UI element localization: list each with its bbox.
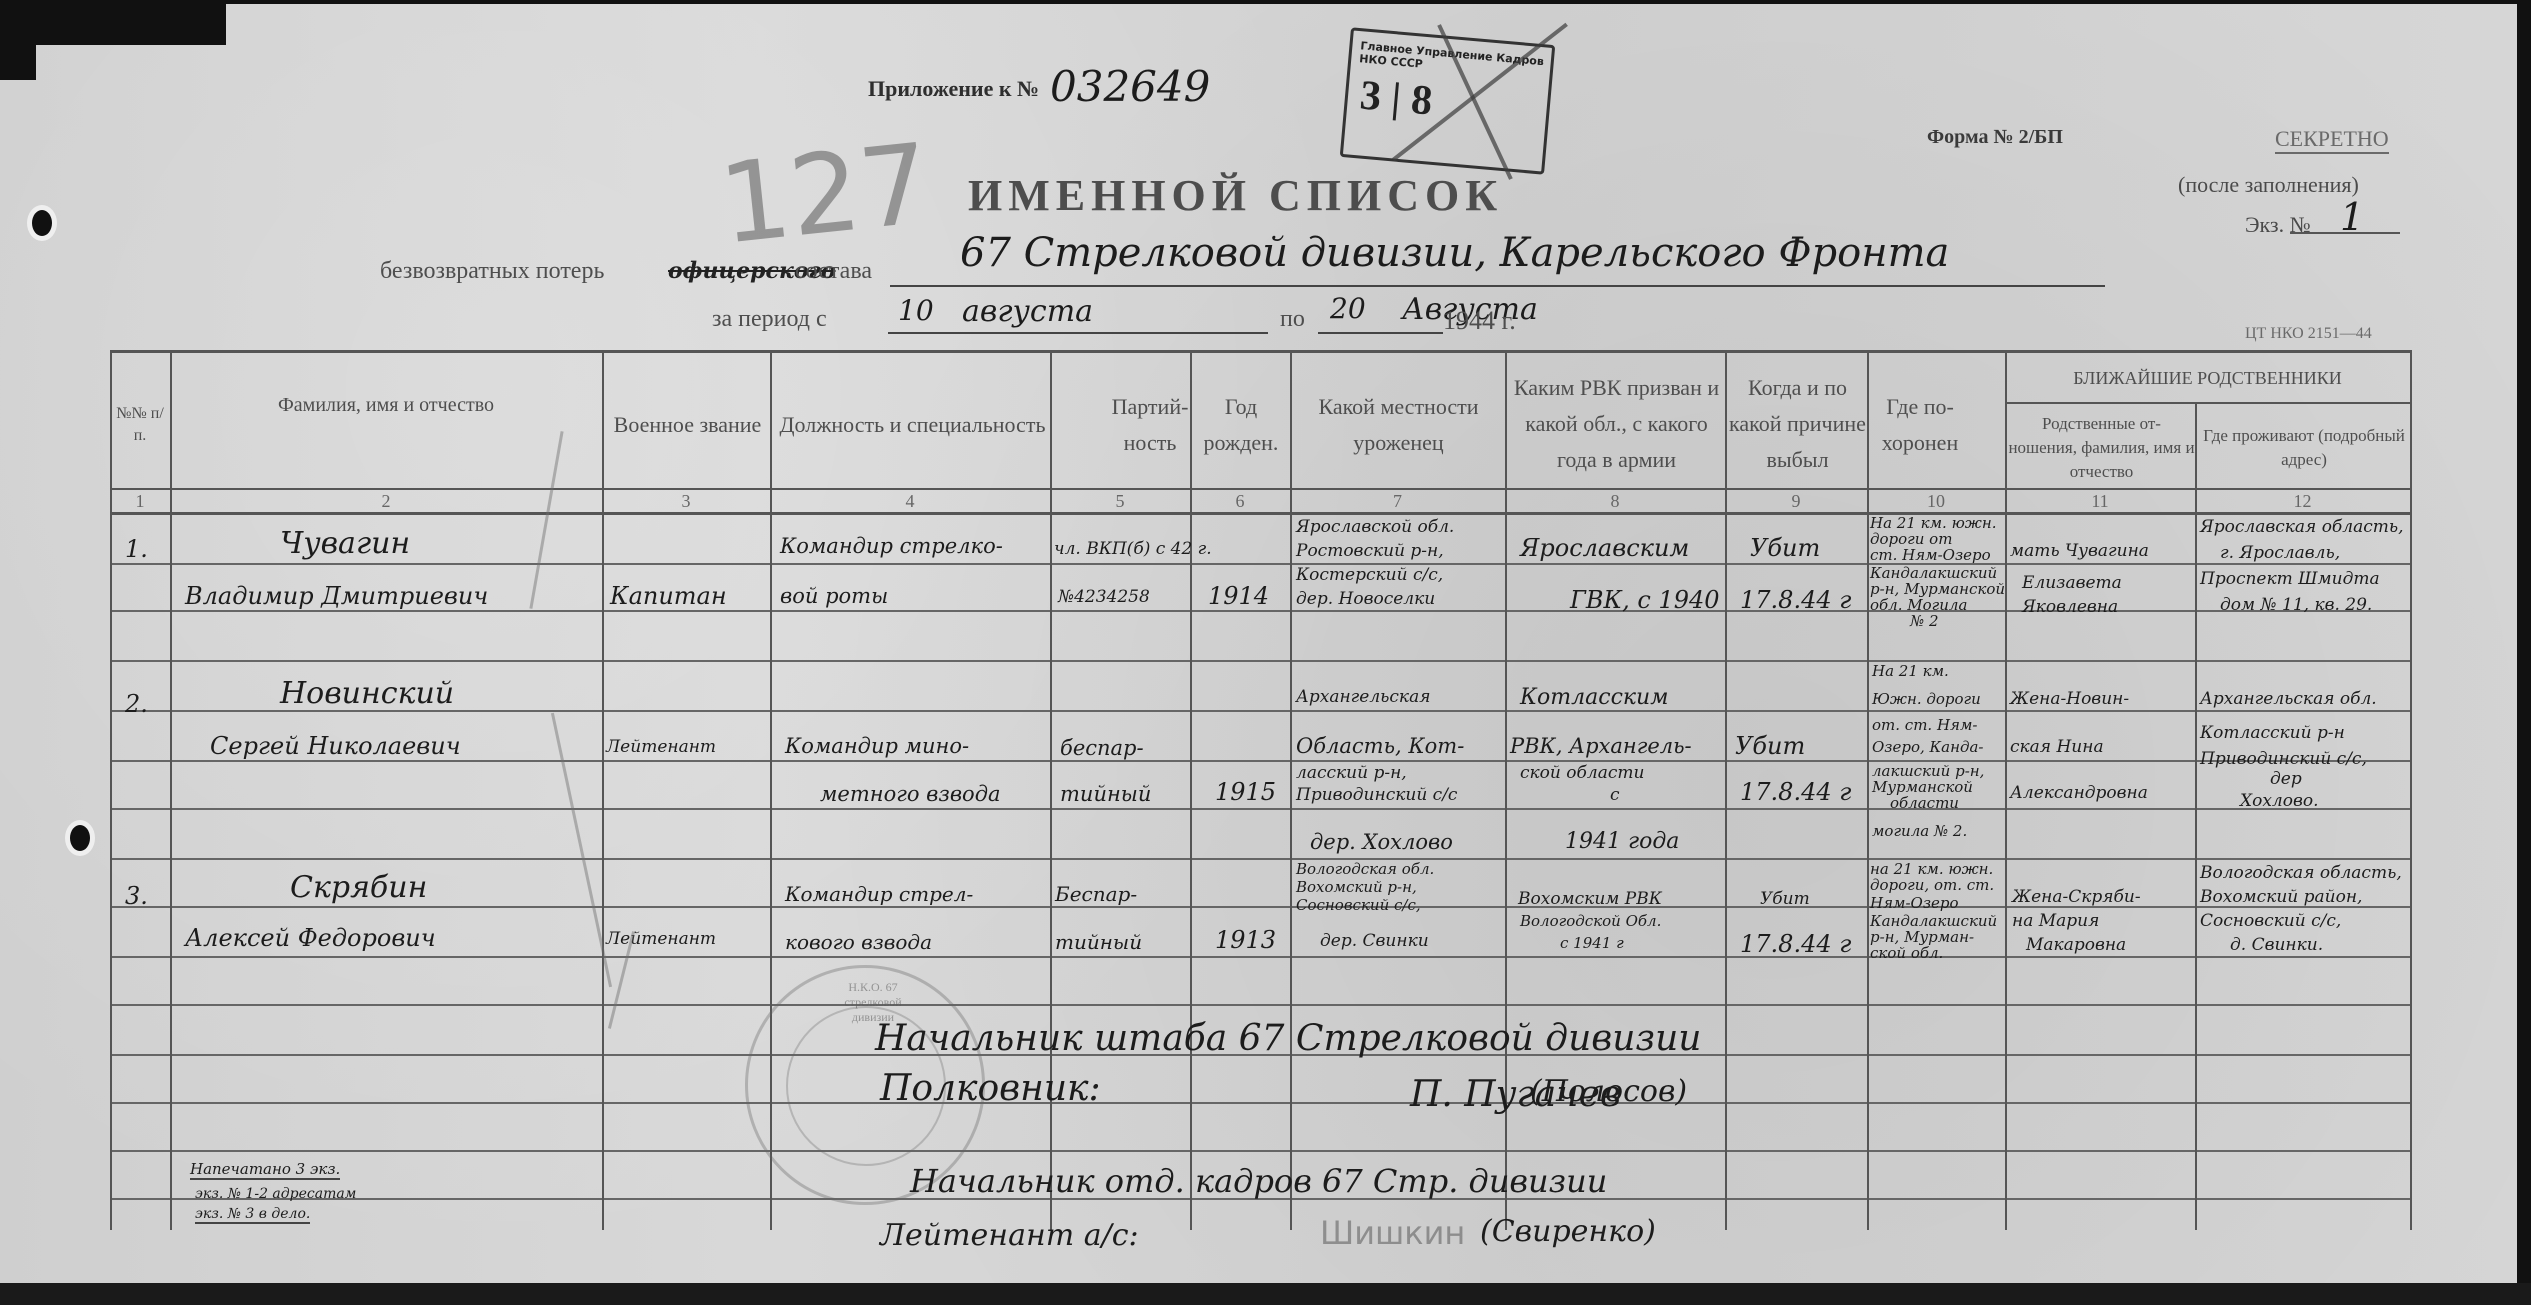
sostava-label: состава xyxy=(795,258,872,285)
given-name: Владимир Дмитриевич xyxy=(185,582,488,610)
address: Проспект Шмидта xyxy=(2200,568,2380,590)
burial-place: Южн. дороги xyxy=(1872,690,1981,709)
address: Вохомский район, xyxy=(2200,886,2362,908)
position: метного взвода xyxy=(820,780,1001,808)
address: г. Ярославль, xyxy=(2220,542,2340,564)
scan-edge-right xyxy=(2517,0,2531,1305)
relative: мать Чувагина xyxy=(2010,540,2149,562)
party: Беспар- xyxy=(1055,880,1137,908)
copies-note: Напечатано 3 экз. xyxy=(190,1160,340,1180)
chief-staff-title: Начальник штаба 67 Стрелковой дивизии xyxy=(875,1018,1701,1059)
chief-cadres-rank: Лейтенант а/с: xyxy=(880,1218,1139,1253)
col-rule xyxy=(2195,402,2197,1230)
row-rule xyxy=(110,858,2410,860)
period-year: 1944 г. xyxy=(1443,306,1516,336)
col-number: 6 xyxy=(1190,491,1290,512)
row-rule xyxy=(110,1004,2410,1006)
chief-cadres-signature: Шишкин xyxy=(1320,1214,1465,1252)
date-killed: 17.8.44 г xyxy=(1740,778,1851,806)
row-rule xyxy=(110,710,2410,712)
birth-year: 1914 xyxy=(1208,582,1269,610)
party: чл. ВКП(б) с 42 г. xyxy=(1054,538,1212,560)
address: Ярославская область, xyxy=(2200,516,2404,538)
col-header-relatives-group: БЛИЖАЙШИЕ РОДСТВЕННИКИ xyxy=(2005,358,2410,398)
rank: Лейтенант xyxy=(606,928,716,950)
burial-place: Ням-Озеро xyxy=(1870,894,1959,913)
form-code: ЦТ НКО 2151—44 xyxy=(2245,325,2372,343)
address: д. Свинки. xyxy=(2230,934,2323,956)
birthplace: дер. Хохлово xyxy=(1310,828,1453,856)
col-header-rvk: Каким РВК призван и какой обл., с какого… xyxy=(1508,360,1725,488)
burial-place: от. ст. Ням- xyxy=(1872,716,1977,735)
relative: Макаровна xyxy=(2026,934,2126,956)
row-num: 2. xyxy=(125,690,148,718)
rvk: Ярославским xyxy=(1520,534,1689,562)
relative: Яковлевна xyxy=(2022,596,2118,618)
col-header-birthplace: Какой местности уроженец xyxy=(1292,370,1505,480)
col-number: 10 xyxy=(1867,491,2005,512)
rvk: Котласским xyxy=(1520,684,1668,712)
birthplace: Вологодская обл. xyxy=(1296,860,1434,879)
row-rule xyxy=(110,956,2410,958)
col-header-position: Должность и специальность xyxy=(775,370,1050,480)
birth-year: 1913 xyxy=(1215,926,1276,954)
position: Командир стрел- xyxy=(785,880,973,908)
after-filling-label: (после заполнения) xyxy=(2178,172,2359,198)
header-bottom-rule xyxy=(110,488,2410,490)
col-rule xyxy=(170,350,172,1230)
scan-edge-bottom xyxy=(0,1283,2531,1305)
col-header-party: Партий-ность xyxy=(1110,370,1190,480)
burial-place: На 21 км. xyxy=(1872,662,1949,681)
chief-cadres-name: (Свиренко) xyxy=(1480,1214,1656,1249)
birthplace: Ярославской обл. xyxy=(1296,516,1454,538)
pencil-file-number: 127 xyxy=(714,119,936,268)
address: Хохлово. xyxy=(2240,790,2319,812)
rvk: Вологодской Обл. xyxy=(1520,912,1661,931)
date-killed: 17.8.44 г xyxy=(1740,930,1851,958)
chief-staff-rank: Полковник: xyxy=(880,1068,1101,1109)
col-rule xyxy=(2005,350,2007,1230)
table-top-rule xyxy=(110,350,2410,353)
rvk: Вохомским РВК xyxy=(1518,888,1662,910)
col-rule xyxy=(1290,350,1292,1230)
birthplace: Вохомский р-н, xyxy=(1296,878,1417,897)
relative: Александровна xyxy=(2010,782,2148,804)
rvk: 1941 года xyxy=(1565,828,1679,856)
casualty-table: №№ п/п. Фамилия, имя и отчество Военное … xyxy=(110,350,2410,1230)
burial-place: могила № 2. xyxy=(1872,822,1967,841)
copies-note: экз. № 3 в дело. xyxy=(195,1206,310,1224)
position: кового взвода xyxy=(785,928,932,956)
chief-cadres-title: Начальник отд. кадров 67 Стр. дивизии xyxy=(910,1162,1607,1200)
address: Вологодская область, xyxy=(2200,862,2402,884)
surname: Чувагин xyxy=(280,530,410,558)
birth-year: 1915 xyxy=(1215,778,1276,806)
row-rule xyxy=(110,1102,2410,1104)
rank: Лейтенант xyxy=(606,736,716,758)
row-num: 1. xyxy=(125,535,148,563)
unit-name: 67 Стрелковой дивизии, Карельского Фронт… xyxy=(960,230,1949,276)
position: Командир стрелко- xyxy=(780,532,1003,560)
row-rule xyxy=(110,1150,2410,1152)
pencil-check-mark xyxy=(529,431,563,609)
row-rule xyxy=(110,660,2410,662)
copy-number: 1 xyxy=(2340,195,2364,239)
col-rule xyxy=(1867,350,1869,1230)
col-header-address: Где проживают (подробный адрес) xyxy=(2198,408,2410,488)
burial-place: ской обл. xyxy=(1870,944,1943,963)
burial-place: области xyxy=(1890,794,1959,813)
rvk: ГВК, с 1940 xyxy=(1570,586,1720,614)
party-card-number: №4234258 xyxy=(1058,586,1150,608)
col-number: 9 xyxy=(1725,491,1867,512)
scan-edge-corner-left xyxy=(0,0,36,80)
birthplace: Область, Кот- xyxy=(1296,732,1464,760)
relative: Елизавета xyxy=(2022,572,2122,594)
burial-place: № 2 xyxy=(1910,612,1939,631)
address: Сосновский с/с, xyxy=(2200,910,2341,932)
relatives-group-rule xyxy=(2005,402,2410,404)
copies-note: экз. № 1-2 адресатам xyxy=(195,1186,356,1202)
birthplace: Костерский с/с, xyxy=(1296,564,1443,586)
cause: Убит xyxy=(1735,732,1805,760)
scan-edge-top xyxy=(226,0,2531,4)
address: дом № 11, кв. 29. xyxy=(2220,594,2372,616)
attachment-number: 032649 xyxy=(1050,62,1210,111)
period-from-month: августа xyxy=(962,294,1093,329)
birthplace: ласский р-н, xyxy=(1296,762,1407,784)
col-rule xyxy=(110,350,112,1230)
attachment-label: Приложение к № xyxy=(868,76,1039,102)
registration-stamp-number: 3 | 8 xyxy=(1358,71,1434,125)
col-rule xyxy=(1190,350,1192,1230)
col-number: 1 xyxy=(110,491,170,512)
relative: Жена-Новин- xyxy=(2010,688,2129,710)
unit-rule xyxy=(890,285,2105,287)
period-label: за период с xyxy=(712,306,827,333)
burial-place: ст. Ням-Озеро xyxy=(1870,546,1991,565)
col-rule xyxy=(1725,350,1727,1230)
party: тийный xyxy=(1055,928,1142,956)
rvk: ской области xyxy=(1520,762,1644,784)
relative: Жена-Скряби- xyxy=(2012,886,2141,908)
party: беспар- xyxy=(1060,734,1144,762)
birthplace: Сосновский с/с, xyxy=(1296,896,1421,915)
punch-hole-icon xyxy=(32,210,52,236)
losses-label: безвозвратных потерь xyxy=(380,258,604,285)
period-to-label: по xyxy=(1280,306,1305,333)
period-from-day: 10 xyxy=(898,294,934,327)
address: Котласский р-н xyxy=(2200,722,2345,744)
given-name: Алексей Федорович xyxy=(185,924,436,952)
col-rule xyxy=(602,350,604,1230)
col-rule xyxy=(2410,350,2412,1230)
rvk: с 1941 г xyxy=(1560,934,1624,953)
row-rule xyxy=(110,563,2410,565)
secrecy-label: СЕКРЕТНО xyxy=(2275,126,2389,154)
burial-place: дороги, от. ст. xyxy=(1870,876,1994,895)
birthplace: дер. Свинки xyxy=(1320,930,1429,952)
punch-hole-icon xyxy=(70,825,90,851)
col-header-name: Фамилия, имя и отчество xyxy=(170,370,602,440)
address: Приводинский с/с, xyxy=(2200,748,2367,770)
rank: Капитан xyxy=(610,582,727,610)
address: дер xyxy=(2270,768,2302,790)
col-header-rank: Военное звание xyxy=(605,370,770,480)
row-num: 3. xyxy=(125,882,148,910)
date-killed: 17.8.44 г xyxy=(1740,586,1851,614)
col-number: 3 xyxy=(602,491,770,512)
col-number: 12 xyxy=(2195,491,2410,512)
document-page: Приложение к № 032649 127 Главное Управл… xyxy=(0,0,2531,1305)
cause: Убит xyxy=(1760,888,1810,910)
row-rule xyxy=(110,760,2410,762)
birthplace: дер. Новоселки xyxy=(1296,588,1435,610)
position: вой роты xyxy=(780,582,888,610)
rvk: с xyxy=(1610,784,1620,806)
col-header-birth-year: Год рожден. xyxy=(1192,370,1290,480)
form-id: Форма № 2/БП xyxy=(1927,126,2063,149)
chief-staff-name: (Полосов) xyxy=(1530,1074,1687,1109)
party: тийный xyxy=(1060,780,1151,808)
surname: Новинский xyxy=(280,680,454,708)
period-to-rule xyxy=(1318,332,1443,334)
relative: ская Нина xyxy=(2010,736,2104,758)
given-name: Сергей Николаевич xyxy=(210,732,461,760)
birthplace: Ростовский р-н, xyxy=(1296,540,1444,562)
copy-label: Экз. № xyxy=(2245,212,2311,238)
col-number: 7 xyxy=(1290,491,1505,512)
period-from-rule xyxy=(888,332,1268,334)
col-header-when: Когда и по какой причине выбыл xyxy=(1728,360,1867,488)
col-number: 2 xyxy=(170,491,602,512)
cause: Убит xyxy=(1750,534,1820,562)
col-number: 8 xyxy=(1505,491,1725,512)
surname: Скрябин xyxy=(290,874,427,902)
page-title: ИМЕННОЙ СПИСОК xyxy=(968,170,1503,221)
position: Командир мино- xyxy=(785,732,969,760)
col-number: 5 xyxy=(1050,491,1190,512)
birthplace: Приводинский с/с xyxy=(1296,784,1457,806)
relative: на Мария xyxy=(2012,910,2099,932)
address: Архангельская обл. xyxy=(2200,688,2377,710)
period-to-day: 20 xyxy=(1330,292,1366,325)
colnum-bottom-rule xyxy=(110,512,2410,515)
col-header-buried: Где по-хоронен xyxy=(1870,370,1970,480)
burial-place: Озеро, Канда- xyxy=(1872,738,1983,757)
col-header-num: №№ п/п. xyxy=(110,370,170,480)
col-number: 11 xyxy=(2005,491,2195,512)
col-number: 4 xyxy=(770,491,1050,512)
col-header-relative: Родственные от-ношения, фамилия, имя и о… xyxy=(2008,408,2195,488)
birthplace: Архангельская xyxy=(1296,686,1430,708)
row-rule xyxy=(110,808,2410,810)
rvk: РВК, Архангель- xyxy=(1510,732,1692,760)
